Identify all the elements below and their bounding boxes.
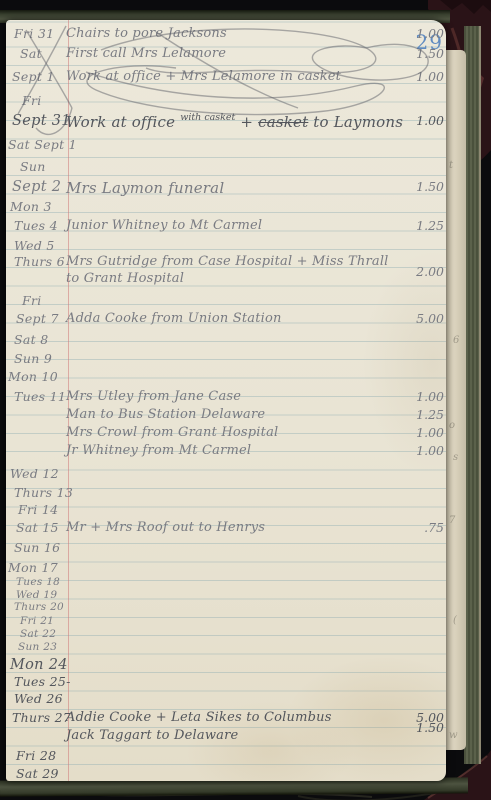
entry-date: Thurs 27 [12, 710, 71, 725]
entry-date: Sept 2 [12, 179, 61, 195]
entry-description: Work at office with casket + casket to L… [66, 113, 403, 131]
entry-date: Fri 31 [14, 26, 54, 41]
ledger-row: Jr Whitney from Mt Carmel1.00 [6, 443, 446, 462]
book-cover-cloth-edge [464, 26, 481, 764]
entry-date: Sat 8 [14, 332, 48, 347]
entry-date: Fri 14 [18, 502, 58, 517]
fore-edge-mark: 7 [449, 515, 455, 526]
ledger-row: Sun 16 [6, 540, 446, 559]
entry-amount: 1.00 [374, 26, 444, 41]
photographed-ledger-book: t6os7(w 29 Fri 31Chairs to pore Jacksons… [0, 0, 491, 800]
entry-description: Junior Whitney to Mt Carmel [66, 218, 262, 233]
ledger-row: Wed 12 [6, 466, 446, 485]
entry-description: to Grant Hospital [66, 271, 184, 286]
fore-edge-mark: o [449, 420, 455, 431]
entry-description: Adda Cooke from Union Station [66, 311, 282, 326]
ledger-row: Sun 9 [6, 351, 446, 370]
entry-description: Addie Cooke + Leta Sikes to Columbus [66, 710, 332, 725]
entry-description: Mrs Utley from Jane Case [66, 389, 241, 404]
entry-description: Work at office + Mrs Lelamore in casket [66, 69, 341, 84]
entry-amount: 1.00 [374, 389, 444, 404]
ledger-row: Fri 28 [6, 748, 446, 767]
entry-description-part: casket [258, 113, 308, 131]
ledger-row: Sept 31Work at office with casket + cask… [6, 113, 446, 132]
ledger-row: Sat 8 [6, 332, 446, 351]
entry-description: Jack Taggart to Delaware [66, 728, 238, 743]
ledger-row: Sept 2Mrs Laymon funeral1.50 [6, 179, 446, 198]
entry-date: Sept 31 [12, 113, 71, 129]
entry-description: Chairs to pore Jacksons [66, 26, 227, 41]
ledger-row: Sat Sept 1 [6, 137, 446, 156]
entry-date: Sat 29 [16, 766, 59, 781]
entry-date: Sept 7 [16, 311, 59, 326]
ledger-row: Fri [6, 93, 446, 112]
entry-description: First call Mrs Lelamore [66, 46, 226, 61]
fore-edge-mark: ( [453, 615, 457, 626]
entry-date: Fri [22, 293, 42, 308]
entry-date: Thurs 13 [14, 485, 73, 500]
ledger-row: Fri 31Chairs to pore Jacksons1.00 [6, 26, 446, 45]
entry-date: Tues 11 [14, 389, 66, 404]
entry-date: Sun [20, 159, 46, 174]
entry-amount: 1.50 [374, 46, 444, 61]
entry-amount: 1.50 [374, 720, 444, 735]
entry-date: Sat [20, 46, 42, 61]
ledger-row: Sun [6, 159, 446, 178]
fore-edge-mark: t [449, 160, 453, 171]
entry-date: Mon 3 [10, 199, 52, 214]
entry-date: Wed 12 [10, 466, 59, 481]
entry-date: Sun 16 [14, 540, 60, 555]
entry-amount: 5.00 [374, 311, 444, 326]
entry-amount: 1.50 [374, 179, 444, 194]
fore-edge-mark: 6 [453, 335, 459, 346]
ledger-row: Tues 11Mrs Utley from Jane Case1.00 [6, 389, 446, 408]
entry-date: Thurs 20 [14, 601, 64, 613]
entry-description: Mrs Gutridge from Case Hospital + Miss T… [66, 254, 389, 269]
entry-date: Sun 9 [14, 351, 52, 366]
entry-date: Mon 10 [8, 369, 58, 384]
ledger-row: Mon 10 [6, 369, 446, 388]
entry-date: Fri 21 [20, 615, 54, 627]
ledger-row: Sat 29 [6, 766, 446, 785]
entry-description: Jr Whitney from Mt Carmel [66, 443, 251, 458]
entry-description: Mrs Laymon funeral [66, 179, 224, 197]
entry-date: Sat 22 [20, 628, 56, 640]
ledger-row: Jack Taggart to Delaware1.50 [6, 728, 446, 747]
entry-date: Tues 25- [14, 674, 71, 689]
entry-date: Mon 24 [10, 657, 68, 673]
entry-date: Tues 18 [16, 576, 60, 588]
page-stack-fore-edge: t6os7(w [446, 50, 466, 750]
entry-amount: .75 [374, 520, 444, 535]
entry-date: Tues 4 [14, 218, 58, 233]
entry-date: Wed 5 [14, 238, 55, 253]
ledger-row: Sat 15Mr + Mrs Roof out to Henrys.75 [6, 520, 446, 539]
ledger-row: Mrs Crowl from Grant Hospital1.00 [6, 425, 446, 444]
entry-amount: 1.00 [374, 425, 444, 440]
entry-amount: 1.00 [374, 69, 444, 84]
entry-description-part: + [235, 113, 258, 131]
entry-date: Fri [22, 93, 42, 108]
ledger-row: Man to Bus Station Delaware1.25 [6, 407, 446, 426]
entry-date: Fri 28 [16, 748, 56, 763]
entry-date: Thurs 6 [14, 254, 65, 269]
ledger-row: Sept 1Work at office + Mrs Lelamore in c… [6, 69, 446, 88]
entry-date: Wed 26 [14, 691, 63, 706]
entry-amount: 1.00 [374, 443, 444, 458]
entry-description-part: with casket [180, 112, 235, 123]
entry-amount: 1.25 [374, 407, 444, 422]
entry-description: Mrs Crowl from Grant Hospital [66, 425, 278, 440]
entry-date: Sept 1 [12, 69, 55, 84]
ledger-row: Wed 26 [6, 691, 446, 710]
fore-edge-mark: w [449, 730, 458, 741]
ledger-row: Mon 3 [6, 199, 446, 218]
ledger-row: Sept 7Adda Cooke from Union Station5.00 [6, 311, 446, 330]
ledger-row: SatFirst call Mrs Lelamore1.50 [6, 46, 446, 65]
entry-date: Sat 15 [16, 520, 59, 535]
entry-date: Sun 23 [18, 641, 57, 653]
ledger-row: Fri [6, 293, 446, 312]
entry-amount: 1.00 [374, 113, 444, 128]
entry-date: Mon 17 [8, 560, 58, 575]
entry-date: Wed 19 [16, 589, 57, 601]
ledger-row: to Grant Hospital [6, 271, 446, 290]
fore-edge-mark: s [453, 452, 458, 463]
entry-description: Man to Bus Station Delaware [66, 407, 265, 422]
ledger-row: Fri 14 [6, 502, 446, 521]
entry-date: Sat Sept 1 [8, 137, 77, 152]
ledger-row: Tues 4Junior Whitney to Mt Carmel1.25 [6, 218, 446, 237]
ledger-page: 29 Fri 31Chairs to pore Jacksons1.00SatF… [6, 20, 446, 781]
entry-description-part: Work at office [66, 113, 180, 131]
entry-description: Mr + Mrs Roof out to Henrys [66, 520, 265, 535]
entry-amount: 1.25 [374, 218, 444, 233]
